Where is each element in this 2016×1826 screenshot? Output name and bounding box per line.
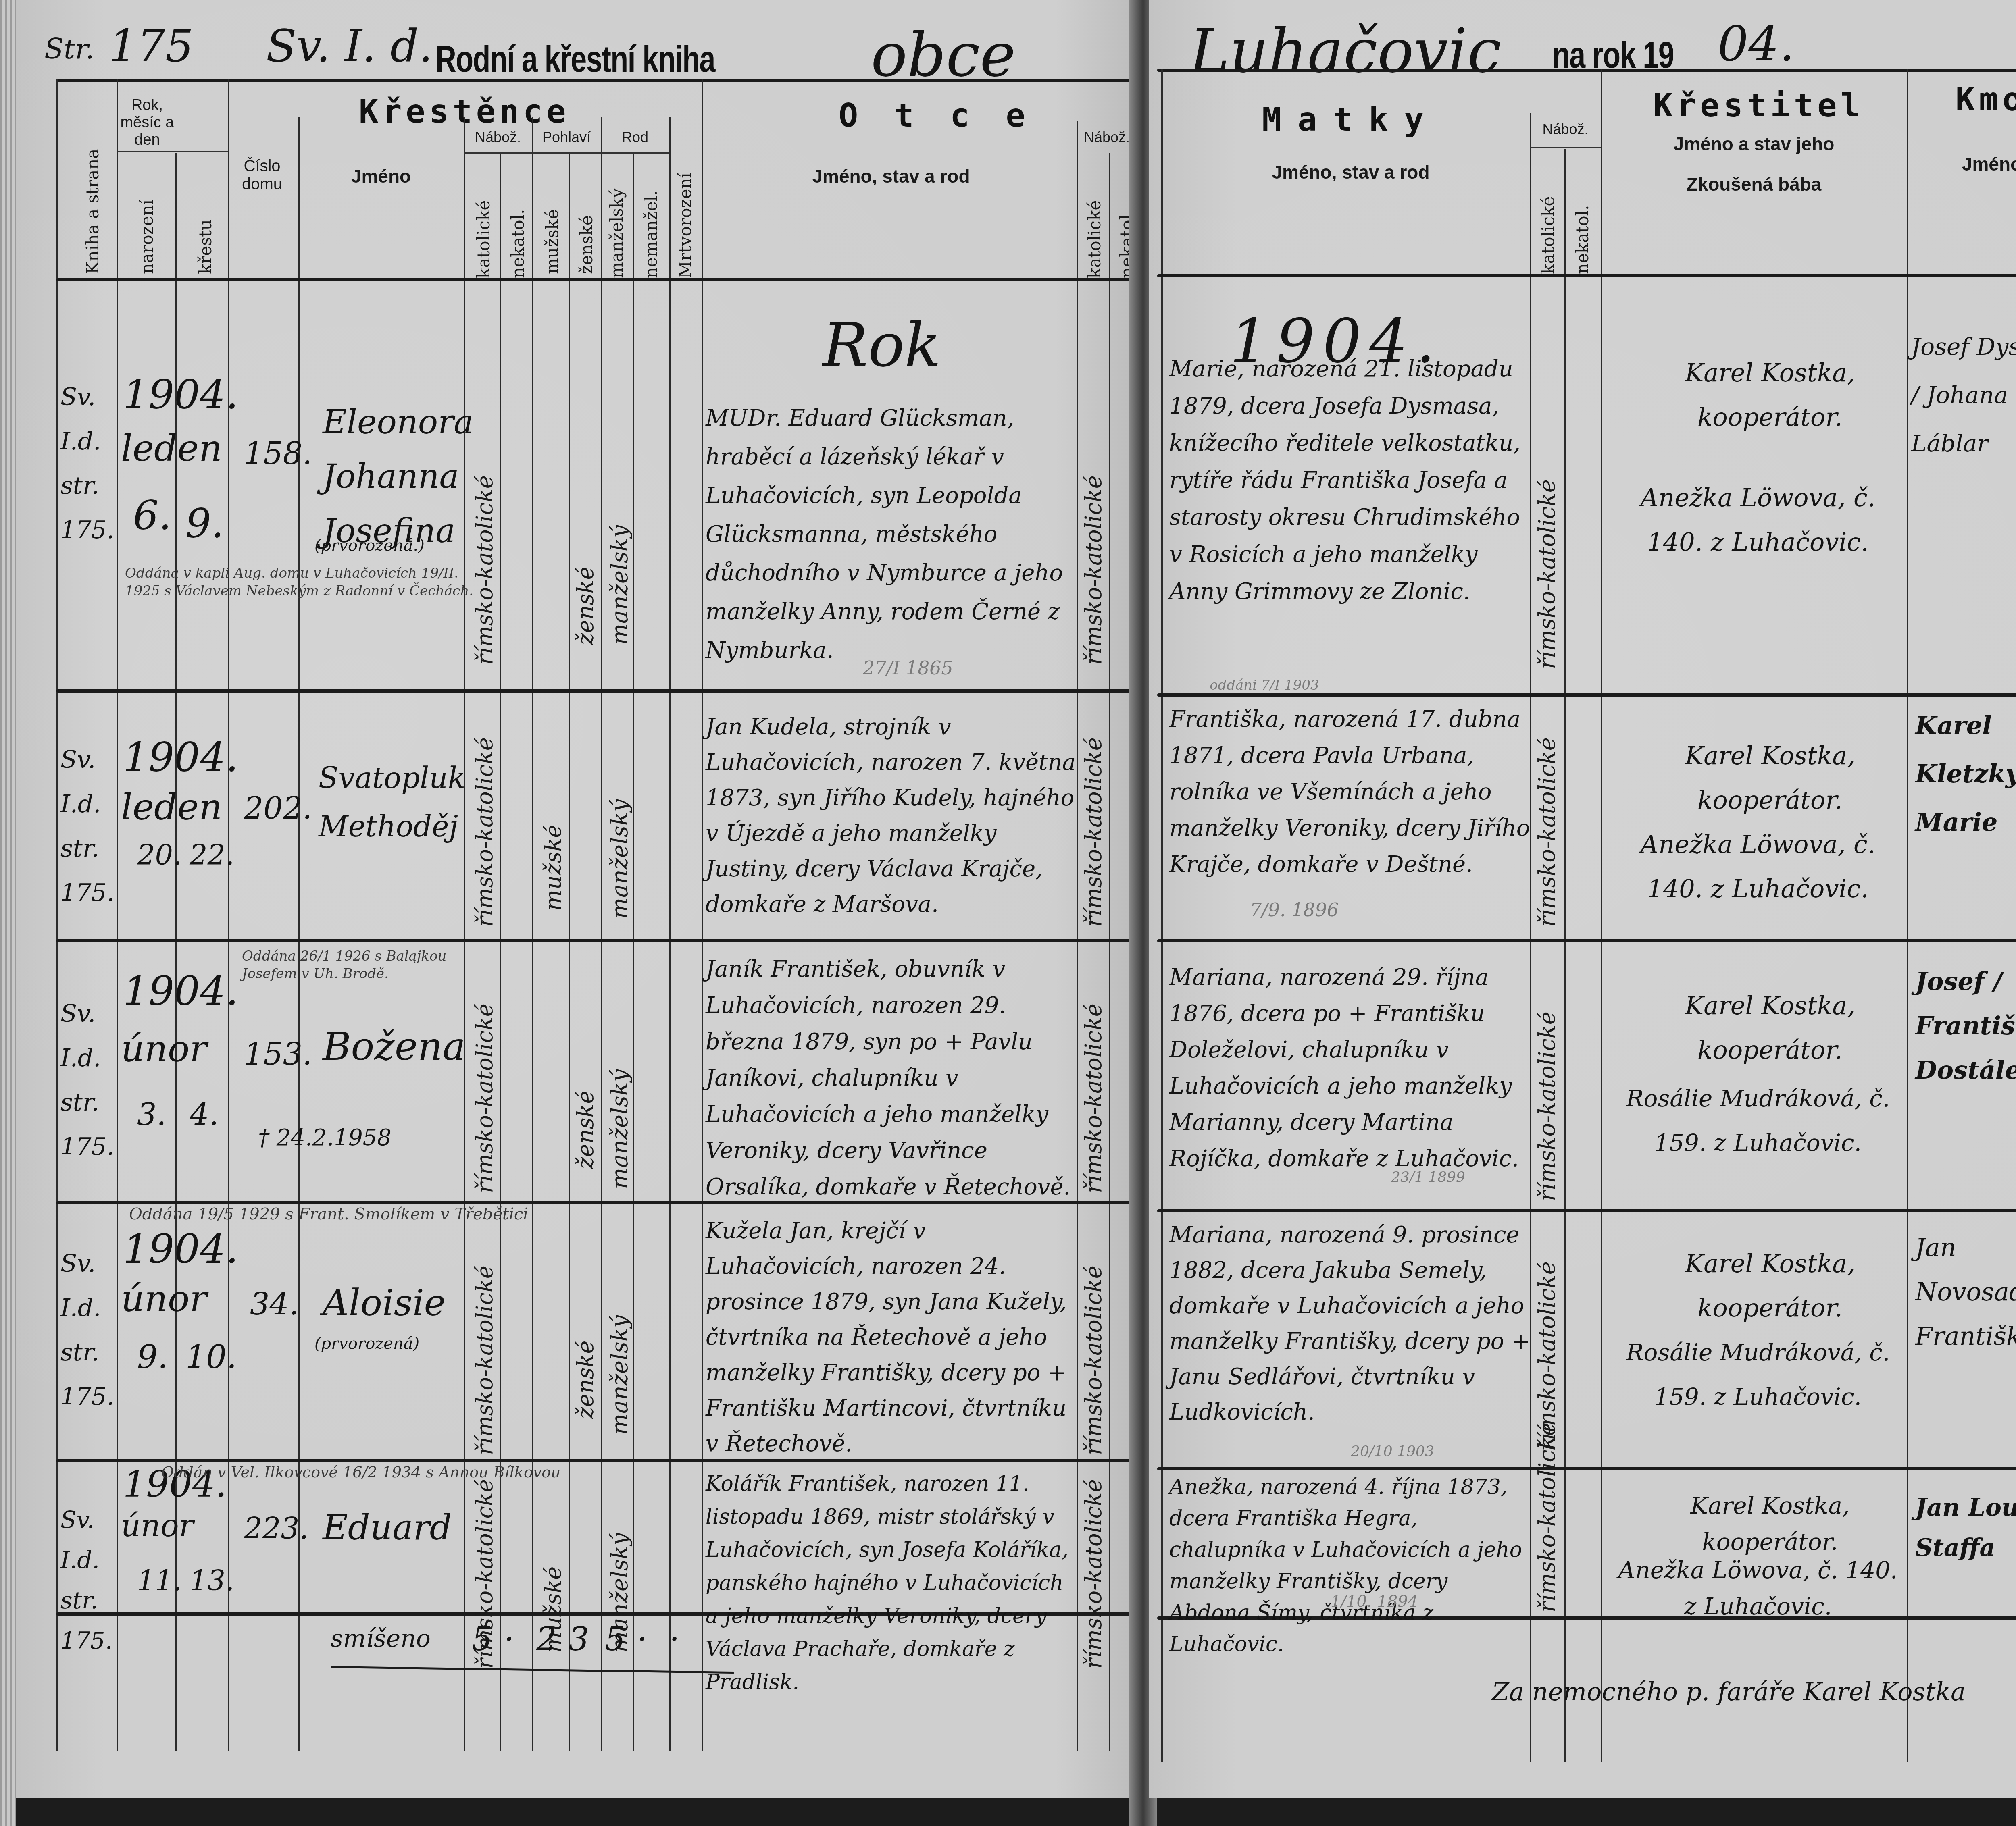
entry-book-ref: Sv. I.d. str. 175. bbox=[60, 738, 117, 915]
subheader-rule bbox=[228, 115, 702, 116]
entry-father-pencil-date: 27/I 1865 bbox=[863, 657, 953, 679]
summary-value-muzske: 2 bbox=[536, 1620, 557, 1658]
entry-birth-day: 3. bbox=[137, 1096, 167, 1132]
entry-father: Kolářík František, narozen 11. listopadu… bbox=[706, 1467, 1077, 1699]
subheader-rule bbox=[1907, 103, 2016, 104]
entry-midwife: Anežka Löwova, č. 140. z Luhačovic. bbox=[1613, 822, 1903, 911]
entry-year: 1904. bbox=[123, 371, 238, 418]
col-header-nemanzel: nemanžel. bbox=[641, 161, 661, 278]
col-header-matka-nekatol: nekatol. bbox=[1572, 157, 1592, 274]
entry-godparent-names: Jan Novosad / Františka bbox=[1915, 1225, 2016, 1358]
summary-value-nemanzel: · bbox=[637, 1620, 647, 1658]
entry-father-religion: římsko-katolické bbox=[1081, 1483, 1107, 1669]
entry-mother-religion: římsko-katolické bbox=[1534, 1475, 1560, 1612]
entry-house-number: 153. bbox=[244, 1036, 312, 1072]
subheader-rule bbox=[702, 119, 1137, 120]
header-bottom-rule bbox=[1157, 274, 2016, 277]
summary-row: smíšeno 5 · 2 3 5 · · bbox=[331, 1620, 734, 1669]
col-rule bbox=[532, 117, 533, 1751]
register-year-handwritten: 04. bbox=[1718, 16, 1795, 72]
entry-month: únor bbox=[121, 1508, 194, 1543]
entry-margin-note: Oddána 26/1 1926 s Balajkou Josefem v Uh… bbox=[242, 947, 468, 983]
entry-baptism-day: 9. bbox=[185, 500, 224, 547]
header-top-rule bbox=[1157, 69, 2016, 72]
subheader-rule bbox=[1601, 109, 1907, 110]
entry-birth-day: 9. bbox=[137, 1338, 168, 1376]
col-header-naboz: Nábož. bbox=[464, 129, 532, 146]
summary-value-katolicke: 5 bbox=[472, 1620, 492, 1658]
entry-godparent-names: Jan Lou / Staffa bbox=[1915, 1487, 2016, 1568]
entry-mother-pencil-date: 1/10. 1894 bbox=[1331, 1592, 1418, 1611]
col-rule bbox=[56, 79, 58, 1751]
entry-month: leden bbox=[121, 427, 222, 470]
entry-father-religion: římsko-katolické bbox=[1081, 1229, 1107, 1455]
col-header-zkousena-baba: Zkoušená bába bbox=[1605, 173, 1903, 195]
entry-baptizer: Karel Kostka, kooperátor. bbox=[1633, 984, 1907, 1072]
register-book-spread: Str. 175 Sv. I. d. Rodní a křestní kniha… bbox=[0, 0, 2016, 1826]
entry-baptizer: Karel Kostka, kooperátor. bbox=[1633, 1487, 1907, 1560]
entry-margin-note: Oddán v Vel. Ilkovcové 16/2 1934 s Annou… bbox=[161, 1463, 706, 1481]
col-header-otec-naboz: Nábož. bbox=[1077, 129, 1137, 146]
entry-legitimacy: manželský bbox=[607, 734, 633, 919]
col-rule bbox=[117, 79, 118, 1751]
entry-book-ref: Sv. I.d. str. 175. bbox=[60, 1499, 117, 1661]
entry-religion: římsko-katolické bbox=[472, 1229, 498, 1455]
col-header-rok-mesic-den: Rok, měsíc a den bbox=[119, 97, 175, 149]
entry-margin-note: Oddána v kapli Aug. domu v Luhačovicích … bbox=[125, 564, 488, 600]
priest-signature: Za nemocného p. faráře Karel Kostka bbox=[1492, 1677, 1966, 1706]
row-divider bbox=[1157, 693, 2016, 697]
krestitel-group-header: Křestitel bbox=[1653, 87, 1864, 124]
header-top-rule bbox=[56, 79, 1137, 82]
register-title: Rodní a křestní kniha bbox=[435, 38, 715, 81]
row-divider bbox=[56, 939, 1137, 942]
subheader-rule bbox=[1161, 113, 1601, 114]
summary-value-zenske: 3 bbox=[569, 1620, 589, 1658]
right-page: Luhačovic na rok 19 04. Matky Křestitel … bbox=[1149, 0, 2016, 1798]
col-header-kmotr-jmeno: Jméno bbox=[1911, 153, 2016, 175]
entry-year: 1904. bbox=[123, 734, 238, 781]
entry-month: únor bbox=[121, 1278, 207, 1320]
subheader-rule bbox=[1530, 147, 1601, 148]
entry-baptism-day: 22. bbox=[190, 838, 234, 871]
entry-mother-religion: římsko-katolické bbox=[1534, 1225, 1560, 1451]
matky-group-header: Matky bbox=[1262, 101, 1440, 138]
entry-child-death-note: † 24.2.1958 bbox=[258, 1125, 392, 1151]
entry-child-note: (prvorozená) bbox=[314, 1334, 419, 1353]
entry-godparent-names: Karel Kletzky / Marie bbox=[1915, 701, 2016, 846]
col-header-kniha-strana: Kniha a strana bbox=[83, 173, 102, 274]
col-header-rod: Rod bbox=[601, 129, 669, 146]
entry-baptism-day: 4. bbox=[190, 1096, 219, 1132]
page-label: Str. bbox=[44, 32, 94, 65]
col-rule bbox=[1601, 69, 1602, 1762]
col-header-narozeni: narození bbox=[137, 169, 157, 274]
entry-mother-religion: římsko-katolické bbox=[1534, 355, 1560, 669]
col-rule bbox=[1161, 69, 1163, 1762]
otce-group-header: Otce bbox=[839, 97, 1062, 134]
col-header-zenske: ženské bbox=[577, 169, 596, 274]
entry-mother-pencil-date: oddáni 7/I 1903 bbox=[1210, 677, 1319, 693]
entry-midwife: Rosálie Mudráková, č. 159. z Luhačovic. bbox=[1609, 1076, 1907, 1165]
col-header-cislo-domu: Číslo domu bbox=[230, 157, 294, 193]
entry-baptizer: Karel Kostka, kooperátor. bbox=[1633, 734, 1907, 822]
entry-house-number: 34. bbox=[250, 1286, 299, 1322]
col-header-matka-jmeno-stav-rod: Jméno, stav a rod bbox=[1173, 161, 1528, 183]
entry-house-number: 158. bbox=[244, 435, 312, 471]
entry-father-religion: římsko-katolické bbox=[1081, 718, 1107, 927]
row-divider bbox=[1157, 1209, 2016, 1212]
entry-house-number: 202. bbox=[244, 790, 312, 826]
summary-value-mrtvorozeni: · bbox=[669, 1620, 679, 1658]
entry-legitimacy: manželský bbox=[607, 363, 633, 645]
row-divider bbox=[1157, 1467, 2016, 1470]
entry-mother-pencil-date: 20/10 1903 bbox=[1351, 1443, 1434, 1460]
col-rule bbox=[500, 153, 501, 1751]
entry-birth-day: 20. bbox=[137, 838, 182, 871]
col-header-otec-katolicke: katolické bbox=[1085, 161, 1104, 278]
entry-mother: Marie, narozená 21. listopadu 1879, dcer… bbox=[1169, 351, 1532, 610]
entry-father: MUDr. Eduard Glücksman, hraběcí a lázeňs… bbox=[706, 399, 1077, 670]
entry-mother: Mariana, narozená 9. prosince 1882, dcer… bbox=[1169, 1217, 1532, 1430]
entry-sex: ženské bbox=[573, 1242, 599, 1419]
entry-baptism-day: 13. bbox=[190, 1564, 234, 1597]
subheader-rule bbox=[117, 151, 228, 152]
entry-sex: ženské bbox=[573, 443, 599, 645]
col-rule bbox=[702, 79, 703, 1751]
col-rule bbox=[601, 117, 602, 1751]
entry-father: Kužela Jan, krejčí v Luhačovicích, naroz… bbox=[706, 1213, 1077, 1462]
left-page: Str. 175 Sv. I. d. Rodní a křestní kniha… bbox=[16, 0, 1145, 1798]
row-divider bbox=[1157, 939, 2016, 942]
col-rule bbox=[1077, 121, 1078, 1751]
col-rule bbox=[569, 153, 570, 1751]
entry-legitimacy: manželský bbox=[607, 1233, 633, 1435]
entry-sex: ženské bbox=[573, 984, 599, 1169]
entry-year: 1904. bbox=[123, 967, 238, 1015]
entry-legitimacy: manželský bbox=[607, 980, 633, 1189]
entry-birth-day: 11. bbox=[137, 1564, 182, 1597]
entry-child-name: Eduard bbox=[323, 1508, 452, 1548]
header-bottom-rule bbox=[56, 278, 1137, 281]
entry-child-note: (prvorozená.) bbox=[314, 536, 425, 555]
entry-child-name: Svatopluk Methoděj bbox=[319, 754, 464, 851]
entry-mother: Anežka, narozená 4. října 1873, dcera Fr… bbox=[1169, 1471, 1532, 1660]
entry-baptizer: Karel Kostka, kooperátor. bbox=[1637, 351, 1903, 439]
col-header-nekatol: nekatol. bbox=[508, 161, 528, 278]
municipality-handwritten: Luhačovic bbox=[1189, 16, 1501, 86]
col-header-krestu: křestu bbox=[196, 177, 215, 274]
col-rule bbox=[228, 79, 229, 1751]
subheader-rule bbox=[464, 152, 669, 154]
entry-month: leden bbox=[121, 786, 222, 828]
entry-book-ref: Sv. I.d. str. 175. bbox=[60, 1242, 117, 1419]
kmotruv-group-header: Kmotrův bbox=[1956, 81, 2016, 118]
entry-baptizer: Karel Kostka, kooperátor. bbox=[1633, 1242, 1907, 1330]
entry-godparent-names: Josef / Františka Dostálek bbox=[1915, 959, 2016, 1092]
entry-father: Janík František, obuvník v Luhačovicích,… bbox=[706, 951, 1077, 1205]
entry-sex: mužské bbox=[540, 750, 566, 911]
entry-mother-religion: římsko-katolické bbox=[1534, 967, 1560, 1201]
col-rule bbox=[633, 153, 634, 1751]
entry-margin-note: Oddána 19/5 1929 s Frant. Smolíkem v Tře… bbox=[129, 1205, 613, 1223]
entry-mother: Františka, narozená 17. dubna 1871, dcer… bbox=[1169, 701, 1532, 883]
entry-birth-day: 6. bbox=[133, 492, 171, 539]
col-header-matka-naboz: Nábož. bbox=[1530, 121, 1601, 138]
entry-house-number: 223. bbox=[244, 1512, 308, 1545]
entry-mother-pencil-date: 7/9. 1896 bbox=[1250, 899, 1339, 921]
entry-child-name: Eleonora Johanna Josefina bbox=[323, 395, 460, 558]
entry-religion: římsko-katolické bbox=[472, 718, 498, 927]
entry-mother-religion: římsko-katolické bbox=[1534, 709, 1560, 927]
col-rule bbox=[464, 117, 465, 1751]
col-header-krestitel-jmeno-stav: Jméno a stav jeho bbox=[1605, 133, 1903, 155]
left-page-edges bbox=[0, 0, 16, 1826]
col-header-matka-katolicke: katolické bbox=[1538, 157, 1558, 274]
entry-religion: římsko-katolické bbox=[472, 967, 498, 1193]
col-header-mrtvorozeni: Mrtvorození bbox=[675, 137, 695, 278]
entry-father: Jan Kudela, strojník v Luhačovicích, nar… bbox=[706, 709, 1077, 922]
year-banner-rok: Rok bbox=[823, 310, 941, 381]
entry-midwife: Anežka Löwova, č. 140. z Luhačovic. bbox=[1613, 476, 1903, 564]
entry-religion: římsko-katolické bbox=[472, 343, 498, 665]
summary-value-nekatol: · bbox=[504, 1620, 514, 1658]
entry-book-ref: Sv. I.d. str. 175. bbox=[60, 375, 117, 552]
entry-child-name: Aloisie bbox=[323, 1282, 446, 1324]
entry-godparent-names: Josef Dysmas / Johana Láblar bbox=[1911, 322, 2016, 468]
book-reference: Sv. I. d. bbox=[266, 20, 433, 72]
col-header-pohlavi: Pohlaví bbox=[532, 129, 601, 146]
summary-value-manzelsky: 5 bbox=[605, 1620, 625, 1658]
col-rule bbox=[1907, 69, 1908, 1762]
entry-baptism-day: 10. bbox=[185, 1338, 237, 1376]
entry-month: únor bbox=[121, 1028, 207, 1070]
col-header-otec-jmeno-stav-rod: Jméno, stav a rod bbox=[710, 165, 1073, 187]
col-header-manzelsky: manželský bbox=[607, 161, 627, 278]
summary-label: smíšeno bbox=[331, 1624, 431, 1653]
entry-father-religion: římsko-katolické bbox=[1081, 343, 1107, 665]
col-rule bbox=[1564, 149, 1566, 1762]
page-number: 175 bbox=[109, 20, 194, 72]
col-rule bbox=[669, 117, 671, 1751]
entry-mother: Mariana, narozená 29. října 1876, dcera … bbox=[1169, 959, 1532, 1177]
entry-midwife: Rosálie Mudráková, č. 159. z Luhačovic. bbox=[1609, 1330, 1907, 1419]
col-header-muzske: mužské bbox=[542, 169, 562, 274]
col-header-katolicke: katolické bbox=[474, 161, 494, 278]
entry-year: 1904. bbox=[123, 1225, 238, 1273]
entry-father-religion: římsko-katolické bbox=[1081, 967, 1107, 1193]
row-divider bbox=[56, 689, 1137, 693]
entry-mother-pencil-date: 23/1 1899 bbox=[1391, 1169, 1465, 1185]
entry-child-name: Božena bbox=[323, 1024, 466, 1069]
entry-book-ref: Sv. I.d. str. 175. bbox=[60, 992, 117, 1169]
col-rule bbox=[1109, 153, 1110, 1751]
col-header-jmeno: Jméno bbox=[314, 165, 448, 187]
entry-midwife: Anežka Löwova, č. 140. z Luhačovic. bbox=[1609, 1552, 1907, 1624]
col-rule bbox=[298, 117, 300, 1751]
